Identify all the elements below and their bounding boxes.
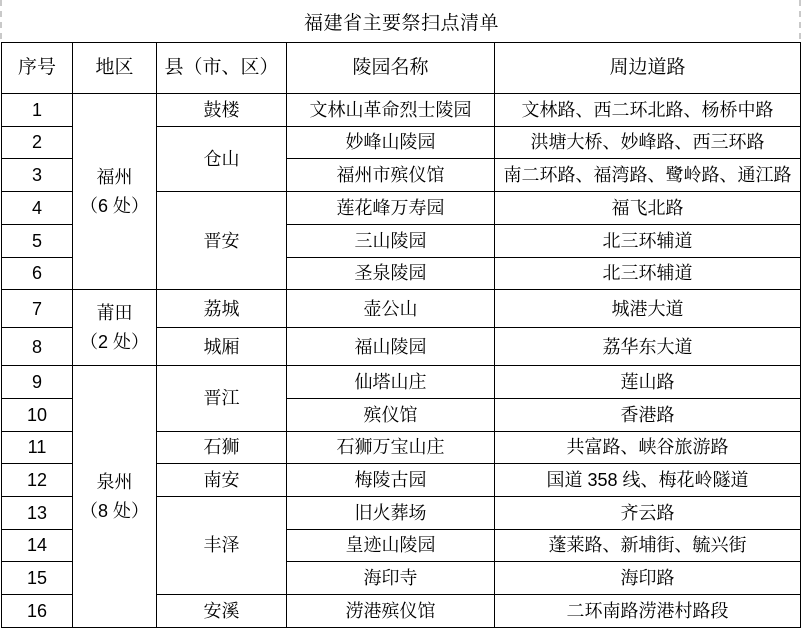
cell-roads: 共富路、峡谷旅游路 (495, 431, 801, 464)
cell-roads: 福飞北路 (495, 192, 801, 225)
cell-cemetery: 莲花峰万寿园 (287, 192, 495, 225)
cell-cemetery: 福州市殡仪馆 (287, 159, 495, 192)
cell-no: 9 (2, 366, 73, 399)
cell-region-putian: 莆田 （2 处） (73, 290, 157, 366)
cell-no: 14 (2, 529, 73, 562)
cell-no: 3 (2, 159, 73, 192)
cell-cemetery: 殡仪馆 (287, 398, 495, 431)
table-row: 7 莆田 （2 处） 荔城 壶公山 城港大道 (2, 290, 801, 328)
cell-no: 11 (2, 431, 73, 464)
cell-county: 石狮 (157, 431, 287, 464)
cell-no: 16 (2, 595, 73, 628)
cell-cemetery: 涝港殡仪馆 (287, 595, 495, 628)
header-region: 地区 (73, 43, 157, 94)
cell-cemetery: 仙塔山庄 (287, 366, 495, 399)
region-name: 泉州 (75, 468, 154, 497)
cell-roads: 北三环辅道 (495, 257, 801, 290)
cell-roads: 荔华东大道 (495, 328, 801, 366)
cell-roads: 二环南路涝港村路段 (495, 595, 801, 628)
cell-no: 10 (2, 398, 73, 431)
region-count: （8 处） (75, 497, 154, 526)
header-roads: 周边道路 (495, 43, 801, 94)
cell-roads: 蓬莱路、新埔街、毓兴街 (495, 529, 801, 562)
cell-roads: 国道 358 线、梅花岭隧道 (495, 464, 801, 497)
cell-cemetery: 海印寺 (287, 562, 495, 595)
cell-county: 安溪 (157, 595, 287, 628)
cell-county: 城厢 (157, 328, 287, 366)
cell-roads: 文林路、西二环北路、杨桥中路 (495, 94, 801, 127)
cell-cemetery: 石狮万宝山庄 (287, 431, 495, 464)
cell-no: 2 (2, 126, 73, 159)
header-cemetery: 陵园名称 (287, 43, 495, 94)
cell-no: 5 (2, 224, 73, 257)
cell-roads: 洪塘大桥、妙峰路、西三环路 (495, 126, 801, 159)
cell-cemetery: 壶公山 (287, 290, 495, 328)
cell-cemetery: 旧火葬场 (287, 496, 495, 529)
cell-cemetery: 三山陵园 (287, 224, 495, 257)
header-county: 县（市、区） (157, 43, 287, 94)
header-no: 序号 (2, 43, 73, 94)
cell-roads: 香港路 (495, 398, 801, 431)
cell-cemetery: 梅陵古园 (287, 464, 495, 497)
cell-county: 荔城 (157, 290, 287, 328)
cell-county: 鼓楼 (157, 94, 287, 127)
cell-cemetery: 妙峰山陵园 (287, 126, 495, 159)
cell-county: 晋安 (157, 192, 287, 290)
region-count: （2 处） (75, 328, 154, 357)
cell-roads: 海印路 (495, 562, 801, 595)
document-page: 福建省主要祭扫点清单 序号 地区 县（市、区） 陵园名称 周边道路 1 福州 (0, 0, 803, 630)
cell-no: 8 (2, 328, 73, 366)
cell-roads: 城港大道 (495, 290, 801, 328)
cell-county: 晋江 (157, 366, 287, 431)
cell-cemetery: 圣泉陵园 (287, 257, 495, 290)
cell-region-quanzhou: 泉州 （8 处） (73, 366, 157, 628)
cell-no: 15 (2, 562, 73, 595)
cell-region-fuzhou: 福州 （6 处） (73, 94, 157, 290)
cell-county: 丰泽 (157, 496, 287, 594)
cell-county: 仓山 (157, 126, 287, 191)
cell-roads: 齐云路 (495, 496, 801, 529)
cell-county: 南安 (157, 464, 287, 497)
cell-roads: 南二环路、福湾路、鹭岭路、通江路 (495, 159, 801, 192)
cell-cemetery: 文林山革命烈士陵园 (287, 94, 495, 127)
cell-roads: 莲山路 (495, 366, 801, 399)
cell-no: 6 (2, 257, 73, 290)
sweep-points-table: 序号 地区 县（市、区） 陵园名称 周边道路 1 福州 （6 处） 鼓楼 文林山… (1, 42, 801, 628)
cell-no: 7 (2, 290, 73, 328)
cell-no: 4 (2, 192, 73, 225)
region-count: （6 处） (75, 192, 154, 221)
table-row: 9 泉州 （8 处） 晋江 仙塔山庄 莲山路 (2, 366, 801, 399)
region-name: 莆田 (75, 299, 154, 328)
region-name: 福州 (75, 163, 154, 192)
cell-cemetery: 福山陵园 (287, 328, 495, 366)
cell-roads: 北三环辅道 (495, 224, 801, 257)
header-row: 序号 地区 县（市、区） 陵园名称 周边道路 (2, 43, 801, 94)
cell-cemetery: 皇迹山陵园 (287, 529, 495, 562)
cell-no: 12 (2, 464, 73, 497)
table-row: 1 福州 （6 处） 鼓楼 文林山革命烈士陵园 文林路、西二环北路、杨桥中路 (2, 94, 801, 127)
page-title: 福建省主要祭扫点清单 (0, 0, 803, 42)
cell-no: 1 (2, 94, 73, 127)
cell-no: 13 (2, 496, 73, 529)
